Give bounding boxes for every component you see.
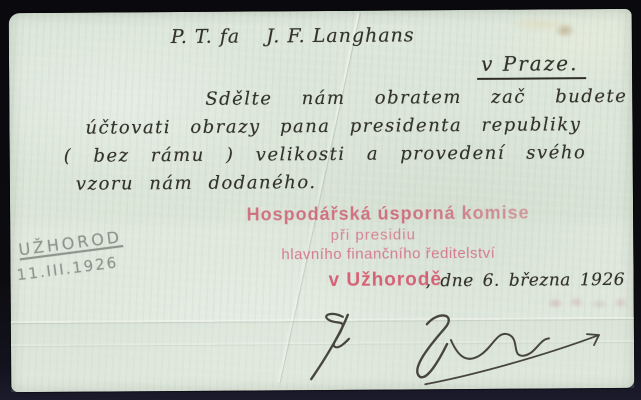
signature-flourish-icon	[299, 305, 620, 393]
addressee-prefix: P. T. fa	[171, 26, 240, 48]
addressee-city: v Praze.	[477, 51, 587, 80]
stamp-presidium: při presidiu	[192, 225, 554, 245]
body-text-line: Sdělte nám obratem zač budete	[205, 86, 627, 110]
body-text-line: účtovati obrazy pana presidenta republik…	[85, 114, 581, 138]
postcard: P. T. faJ. F. Langhans v Praze. Sdělte n…	[9, 9, 635, 392]
signature	[299, 305, 620, 393]
rubber-stamp: Hospodářská úsporná komise při presidiu …	[192, 202, 584, 264]
body-text-line: ( bez rámu ) velikosti a provedení svého	[64, 142, 587, 167]
pencil-note-date: 11.III.1926	[16, 253, 120, 284]
handwritten-date: , dne 6. března 1926	[425, 270, 625, 291]
body-text-line: vzoru nám dodaného.	[76, 172, 317, 195]
stamp-directorate: hlavního finančního ředitelství	[192, 244, 584, 264]
scanned-postcard-photo: P. T. faJ. F. Langhans v Praze. Sdělte n…	[0, 0, 641, 400]
addressee-name: J. F. Langhans	[266, 24, 415, 47]
stamp-organization: Hospodářská úsporná komise	[192, 202, 584, 226]
addressee-line: P. T. faJ. F. Langhans	[171, 24, 415, 48]
